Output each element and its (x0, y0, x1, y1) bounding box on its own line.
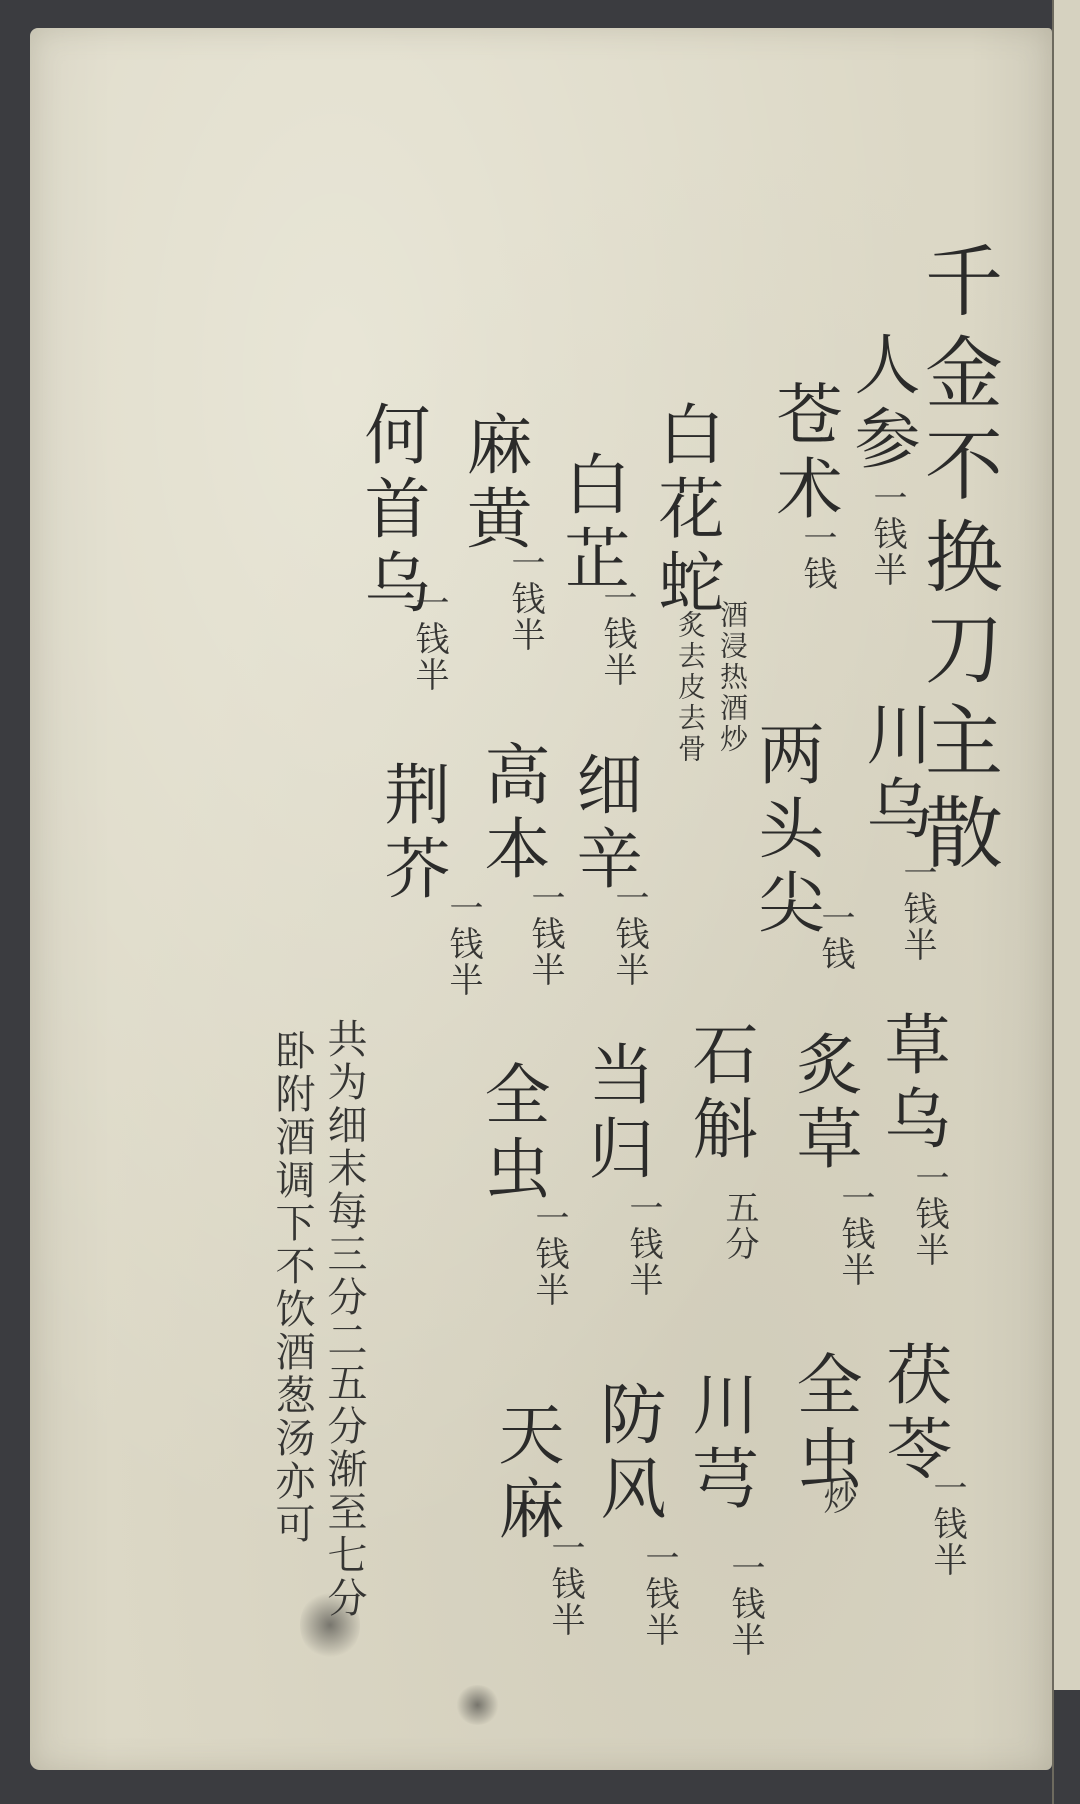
herb-name: 白芷 (558, 450, 624, 598)
herb-name: 茯苓 (880, 1340, 946, 1488)
ink-stain (455, 1685, 500, 1725)
dosage-instructions: 卧附酒调下不饮酒葱汤亦可 (272, 1030, 312, 1546)
herb-dose: 一钱半 (508, 545, 542, 653)
herb-dose: 一钱半 (532, 1200, 566, 1308)
herb-name: 川乌 (860, 700, 926, 848)
herb-name: 防风 (594, 1380, 660, 1528)
herb-name: 天麻 (492, 1400, 558, 1548)
herb-dose: 一钱半 (930, 1470, 964, 1578)
herb-dose: 一钱半 (838, 1180, 872, 1288)
herb-name: 川芎 (686, 1370, 752, 1518)
herb-dose: 一钱半 (626, 1190, 660, 1298)
herb-dose: 五分 (722, 1190, 756, 1262)
herb-preparation-note: 炙去皮去骨 (676, 610, 704, 765)
herb-name: 白花蛇 (652, 400, 718, 622)
herb-dose: 一钱半 (412, 585, 446, 693)
herb-dose: 一钱半 (600, 580, 634, 688)
herb-dose: 一钱半 (548, 1530, 582, 1638)
herb-dose: 一钱半 (446, 890, 480, 998)
adjacent-page-edge (1054, 0, 1080, 1690)
herb-name: 草乌 (878, 1010, 944, 1158)
preparation-instructions: 共为细末每三分二五分渐至七分 (324, 1018, 364, 1620)
herb-dose: 一钱 (800, 520, 834, 592)
herb-name: 两头尖 (752, 720, 818, 942)
herb-dose: 一钱半 (728, 1550, 762, 1658)
herb-dose: 一钱半 (912, 1160, 946, 1268)
herb-dose: 一钱半 (528, 880, 562, 988)
herb-name: 全虫 (478, 1060, 544, 1208)
herb-name: 荆芥 (378, 760, 444, 908)
herb-name: 高本 (478, 740, 544, 888)
herb-dose: 一钱 (818, 900, 852, 972)
herb-name: 当归 (582, 1040, 648, 1188)
herb-dose: 一钱半 (642, 1540, 676, 1648)
herb-name: 麻黄 (460, 410, 526, 558)
herb-dose: 炒 (820, 1480, 854, 1516)
herb-name: 苍术 (770, 380, 836, 528)
herb-name: 全虫 (790, 1350, 856, 1498)
herb-name: 炙草 (790, 1030, 856, 1178)
herb-dose: 一钱半 (612, 880, 646, 988)
herb-dose: 一钱半 (900, 855, 934, 963)
herb-name: 人参 (848, 330, 914, 478)
herb-dose: 一钱半 (870, 480, 904, 588)
herb-name: 细辛 (570, 750, 636, 898)
herb-name: 石斛 (686, 1020, 752, 1168)
herb-preparation-note: 酒浸热酒炒 (718, 600, 746, 755)
